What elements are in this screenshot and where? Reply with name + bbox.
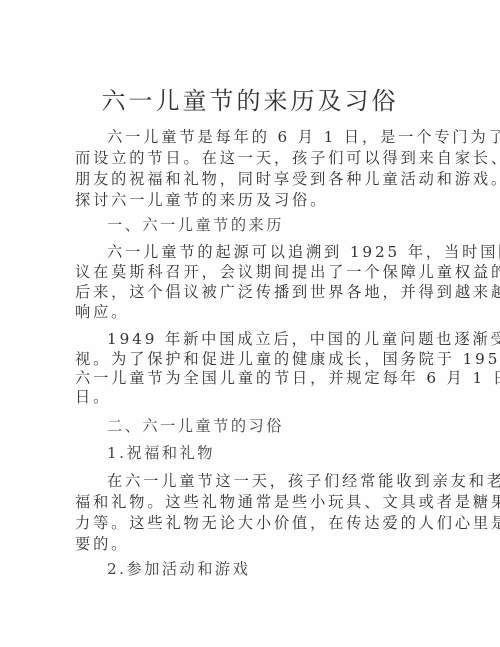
paragraph-line: 在六一儿童节这一天，孩子们经常能收到亲友和老师的祝 bbox=[107, 471, 427, 491]
paragraph-line: 探讨六一儿童节的来历及习俗。 bbox=[75, 190, 427, 210]
paragraph-line: 1949 年新中国成立后，中国的儿童问题也逐渐受到了重 bbox=[107, 329, 427, 349]
paragraph-line: 视。为了保护和促进儿童的健康成长，国务院于 1956 年宣布 bbox=[75, 349, 427, 369]
section-heading-customs: 二、六一儿童节的习俗 bbox=[107, 416, 284, 436]
paragraph-line: 力等。这些礼物无论大小价值，在传达爱的人们心里是非常重 bbox=[75, 513, 427, 533]
subheading-gifts: 1.祝福和礼物 bbox=[107, 443, 215, 463]
paragraph-line: 后来，这个倡议被广泛传播到世界各地，并得到越来越多人的 bbox=[75, 282, 427, 302]
paragraph-line: 响应。 bbox=[75, 302, 427, 322]
paragraph-line: 要的。 bbox=[75, 534, 427, 554]
document-title: 六一儿童节的来历及习俗 bbox=[0, 84, 500, 118]
document-page: 六一儿童节的来历及习俗 六一儿童节是每年的 6 月 1 日，是一个专门为了庆祝儿… bbox=[0, 0, 500, 647]
paragraph-line: 议在莫斯科召开，会议期间提出了一个保障儿童权益的倡议。 bbox=[75, 262, 427, 282]
paragraph-line: 而设立的节日。在这一天，孩子们可以得到来自家长、老师、 bbox=[75, 148, 427, 168]
paragraph-line: 福和礼物。这些礼物通常是些小玩具、文具或者是糖果、巧克 bbox=[75, 492, 427, 512]
section-heading-origin: 一、六一儿童节的来历 bbox=[107, 215, 284, 235]
paragraph-line: 日。 bbox=[75, 387, 427, 407]
subheading-activities: 2.参加活动和游戏 bbox=[107, 559, 250, 579]
paragraph-line: 六一儿童节的起源可以追溯到 1925 年，当时国际妇女会 bbox=[107, 242, 427, 262]
paragraph-line: 朋友的祝福和礼物，同时享受到各种儿童活动和游戏。本文将 bbox=[75, 169, 427, 189]
paragraph-line: 六一儿童节是每年的 6 月 1 日，是一个专门为了庆祝儿童 bbox=[107, 127, 427, 147]
paragraph-line: 六一儿童节为全国儿童的节日，并规定每年 6 月 1 日为法定假 bbox=[75, 368, 427, 388]
